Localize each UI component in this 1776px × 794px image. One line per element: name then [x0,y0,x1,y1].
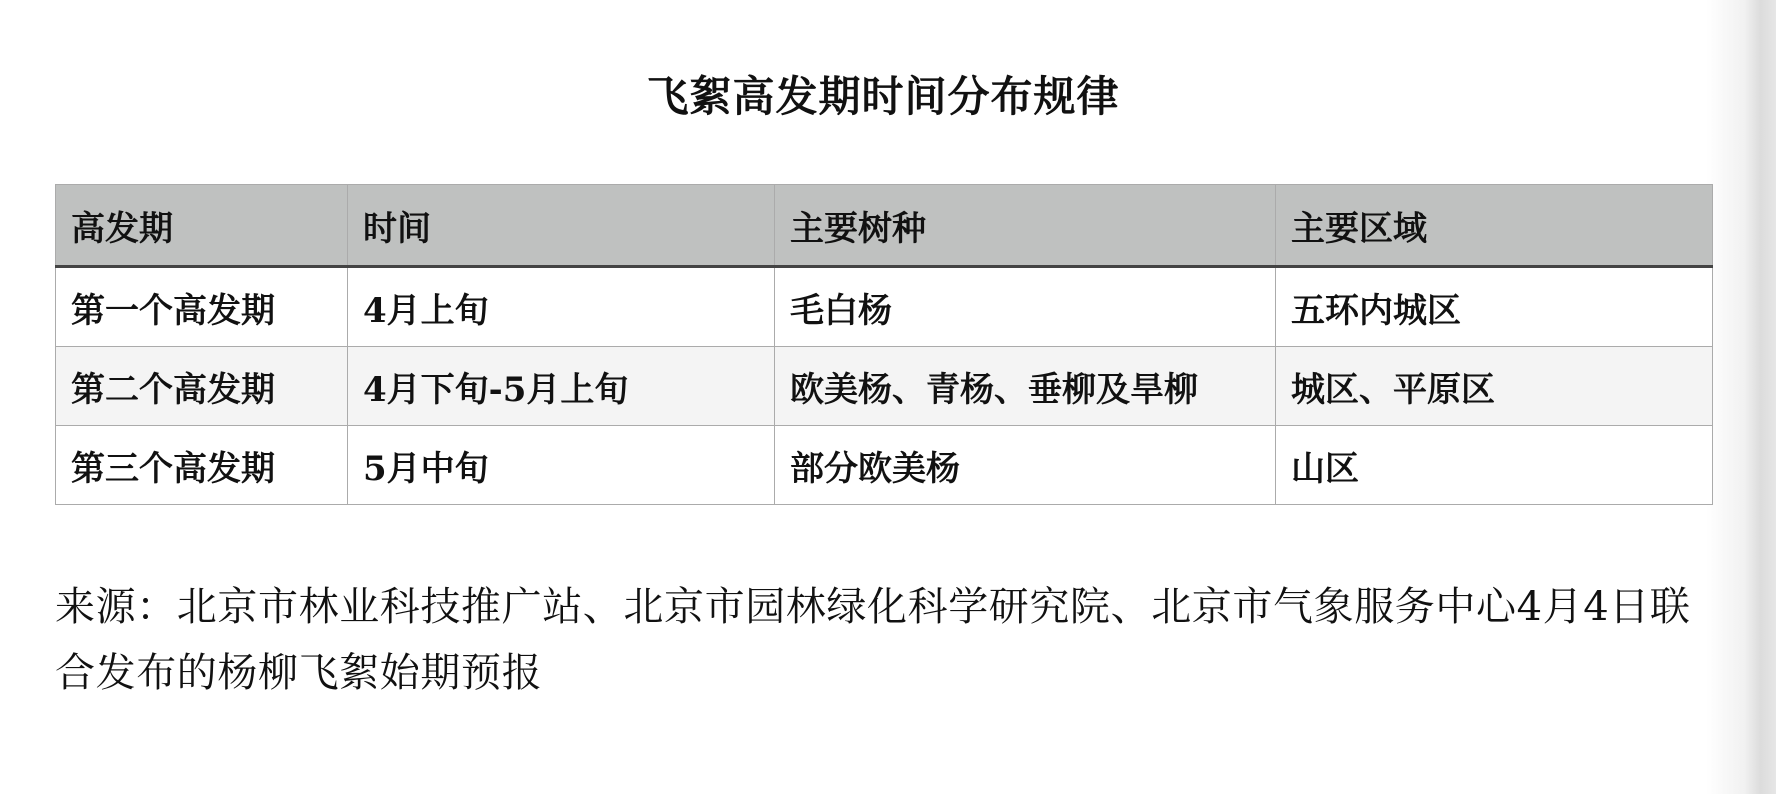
cell-tree-species: 毛白杨 [775,267,1276,347]
header-row: 高发期 时间 主要树种 主要区域 [56,185,1713,267]
cell-tree-species: 部分欧美杨 [775,426,1276,505]
cell-region: 山区 [1276,426,1713,505]
page-title: 飞絮高发期时间分布规律 [0,70,1766,124]
header-period: 高发期 [56,185,348,267]
cell-period: 第三个高发期 [56,426,348,505]
table-header: 高发期 时间 主要树种 主要区域 [56,185,1713,267]
header-region: 主要区域 [1276,185,1713,267]
cell-period: 第一个高发期 [56,267,348,347]
cell-region: 五环内城区 [1276,267,1713,347]
header-tree-species: 主要树种 [775,185,1276,267]
cell-time: 4月上旬 [348,267,775,347]
table-row: 第一个高发期 4月上旬 毛白杨 五环内城区 [56,267,1713,347]
distribution-table: 高发期 时间 主要树种 主要区域 第一个高发期 4月上旬 毛白杨 五环内城区 第… [55,184,1713,505]
table-row: 第二个高发期 4月下旬-5月上旬 欧美杨、青杨、垂柳及旱柳 城区、平原区 [56,347,1713,426]
source-note: 来源：北京市林业科技推广站、北京市园林绿化科学研究院、北京市气象服务中心4月4日… [55,574,1715,706]
header-time: 时间 [348,185,775,267]
table-body: 第一个高发期 4月上旬 毛白杨 五环内城区 第二个高发期 4月下旬-5月上旬 欧… [56,267,1713,505]
cell-region: 城区、平原区 [1276,347,1713,426]
cell-period: 第二个高发期 [56,347,348,426]
cell-time: 5月中旬 [348,426,775,505]
cell-time: 4月下旬-5月上旬 [348,347,775,426]
cell-tree-species: 欧美杨、青杨、垂柳及旱柳 [775,347,1276,426]
table-row: 第三个高发期 5月中旬 部分欧美杨 山区 [56,426,1713,505]
